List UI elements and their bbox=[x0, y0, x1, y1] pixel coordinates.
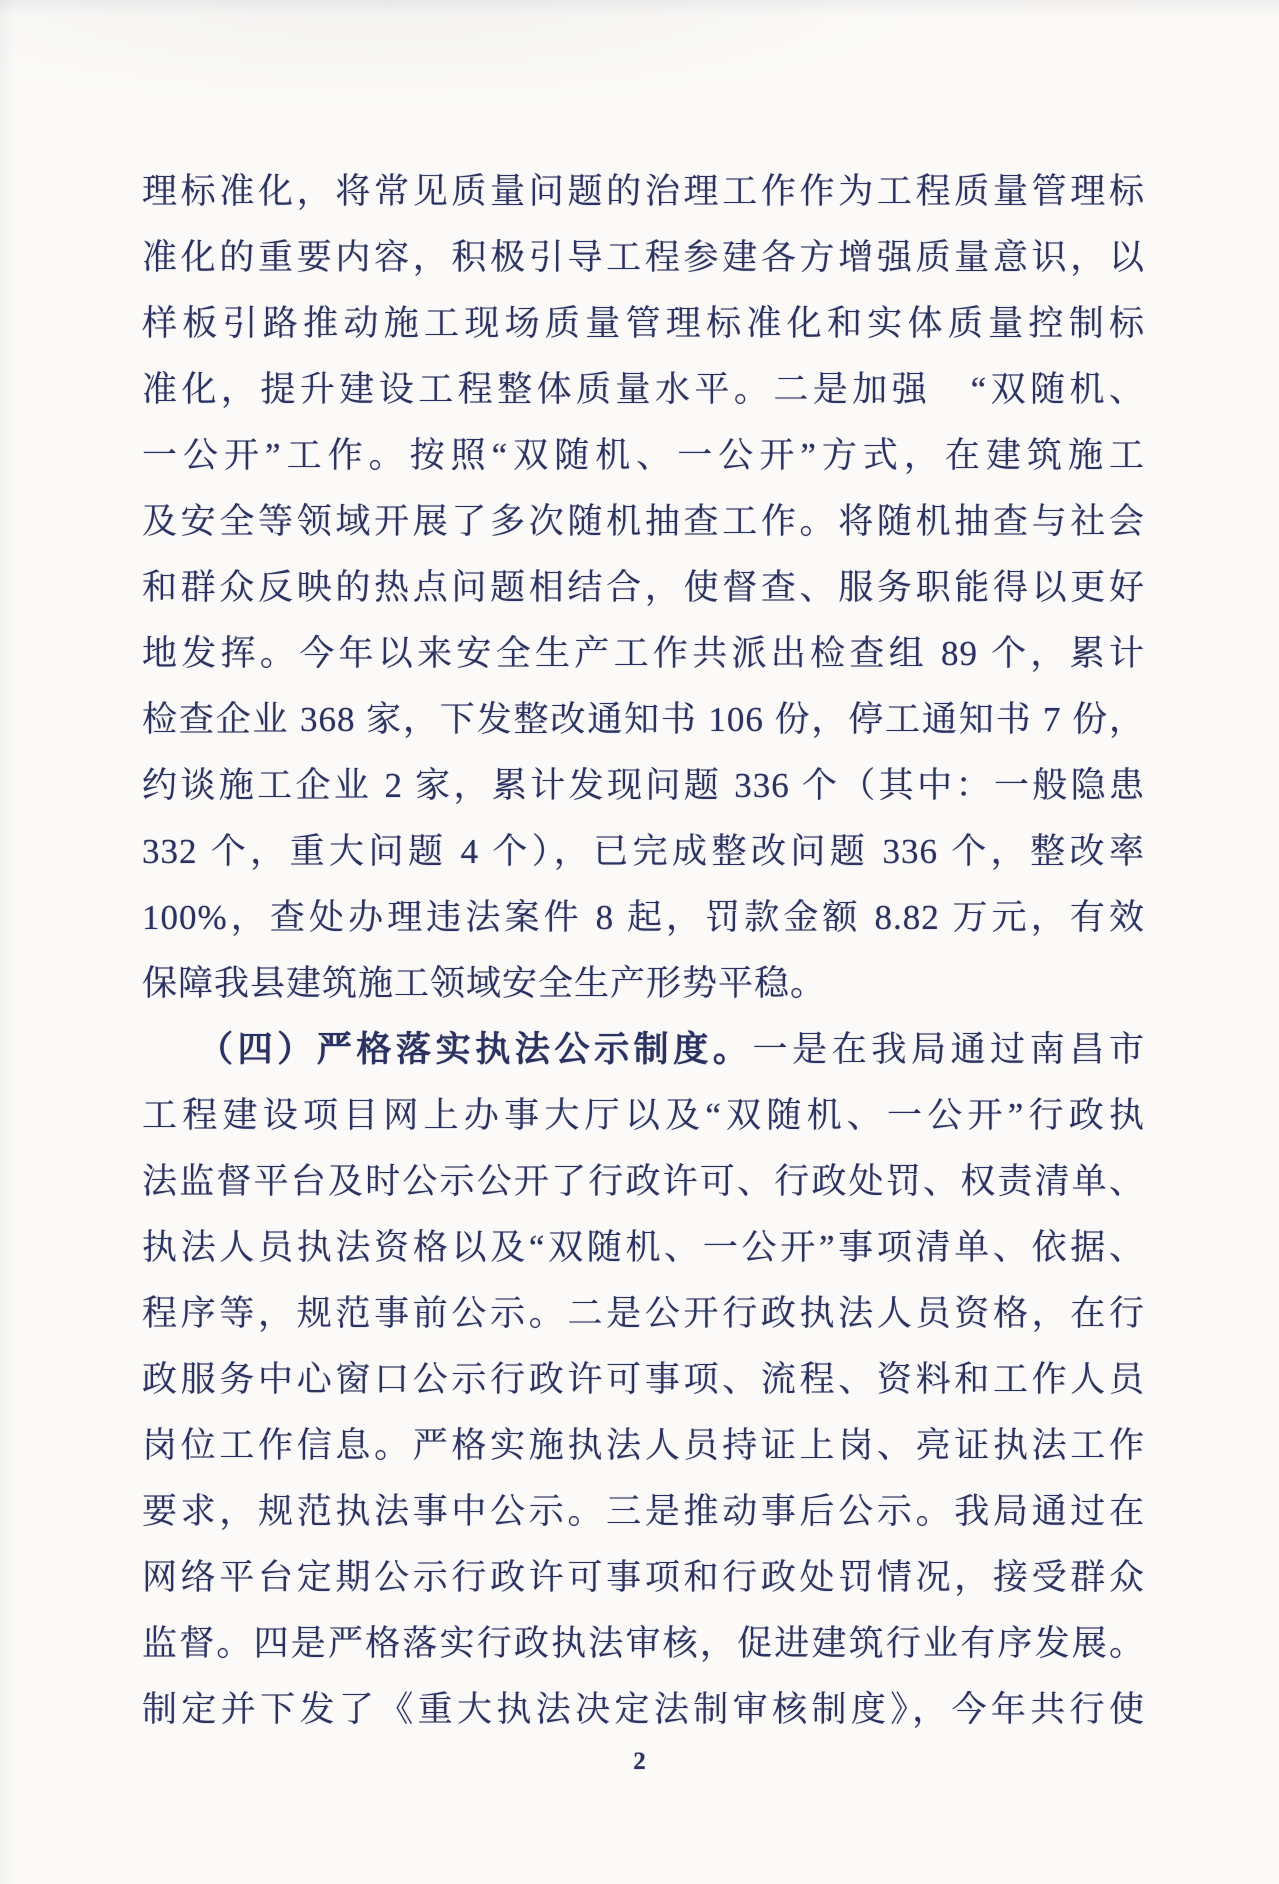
text-line: 程序等，规范事前公示。二是公开行政执法人员资格，在行 bbox=[142, 1281, 1145, 1347]
text-line: 执法人员执法资格以及“双随机、一公开”事项清单、依据、 bbox=[142, 1215, 1145, 1281]
text-line: 监督。四是严格落实行政执法审核，促进建筑行业有序发展。 bbox=[142, 1611, 1145, 1677]
text-line: 样板引路推动施工现场质量管理标准化和实体质量控制标 bbox=[142, 291, 1145, 357]
document-body: 理标准化，将常见质量问题的治理工作作为工程质量管理标 准化的重要内容，积极引导工… bbox=[142, 159, 1145, 1743]
text-line: 法监督平台及时公示公开了行政许可、行政处罚、权责清单、 bbox=[142, 1149, 1145, 1215]
text-line: 网络平台定期公示行政许可事项和行政处罚情况，接受群众 bbox=[142, 1545, 1145, 1611]
text-line: 及安全等领域开展了多次随机抽查工作。将随机抽查与社会 bbox=[142, 489, 1145, 555]
text-line: 工程建设项目网上办事大厅以及“双随机、一公开”行政执 bbox=[142, 1083, 1145, 1149]
text-line: 保障我县建筑施工领域安全生产形势平稳。 bbox=[142, 951, 1145, 1017]
text-line: 岗位工作信息。严格实施执法人员持证上岗、亮证执法工作 bbox=[142, 1413, 1145, 1479]
page-number: 2 bbox=[0, 1748, 1279, 1776]
section-4-heading: （四）严格落实执法公示制度。 bbox=[198, 1030, 753, 1069]
text-line: 332 个，重大问题 4 个），已完成整改问题 336 个，整改率 bbox=[142, 819, 1145, 885]
text-line: 和群众反映的热点问题相结合，使督查、服务职能得以更好 bbox=[142, 555, 1145, 621]
text-line: 100%，查处办理违法案件 8 起，罚款金额 8.82 万元，有效 bbox=[142, 885, 1145, 951]
text-line: 理标准化，将常见质量问题的治理工作作为工程质量管理标 bbox=[142, 159, 1145, 225]
text-line: 一公开”工作。按照“双随机、一公开”方式，在建筑施工 bbox=[142, 423, 1145, 489]
text-line: 准化，提升建设工程整体质量水平。二是加强 “双随机、 bbox=[142, 357, 1145, 423]
text-line: 要求，规范执法事中公示。三是推动事后公示。我局通过在 bbox=[142, 1479, 1145, 1545]
text-line: 约谈施工企业 2 家，累计发现问题 336 个（其中：一般隐患 bbox=[142, 753, 1145, 819]
text-line: 检查企业 368 家，下发整改通知书 106 份，停工通知书 7 份， bbox=[142, 687, 1145, 753]
text-line: 准化的重要内容，积极引导工程参建各方增强质量意识，以 bbox=[142, 225, 1145, 291]
text-line: 地发挥。今年以来安全生产工作共派出检查组 89 个，累计 bbox=[142, 621, 1145, 687]
text-line: 政服务中心窗口公示行政许可事项、流程、资料和工作人员 bbox=[142, 1347, 1145, 1413]
text-line: 一是在我局通过南昌市 bbox=[753, 1030, 1145, 1069]
section-4-heading-line: （四）严格落实执法公示制度。一是在我局通过南昌市 bbox=[142, 1017, 1145, 1083]
text-line: 制定并下发了《重大执法决定法制审核制度》，今年共行使 bbox=[142, 1677, 1145, 1743]
document-page: 理标准化，将常见质量问题的治理工作作为工程质量管理标 准化的重要内容，积极引导工… bbox=[0, 0, 1279, 1884]
